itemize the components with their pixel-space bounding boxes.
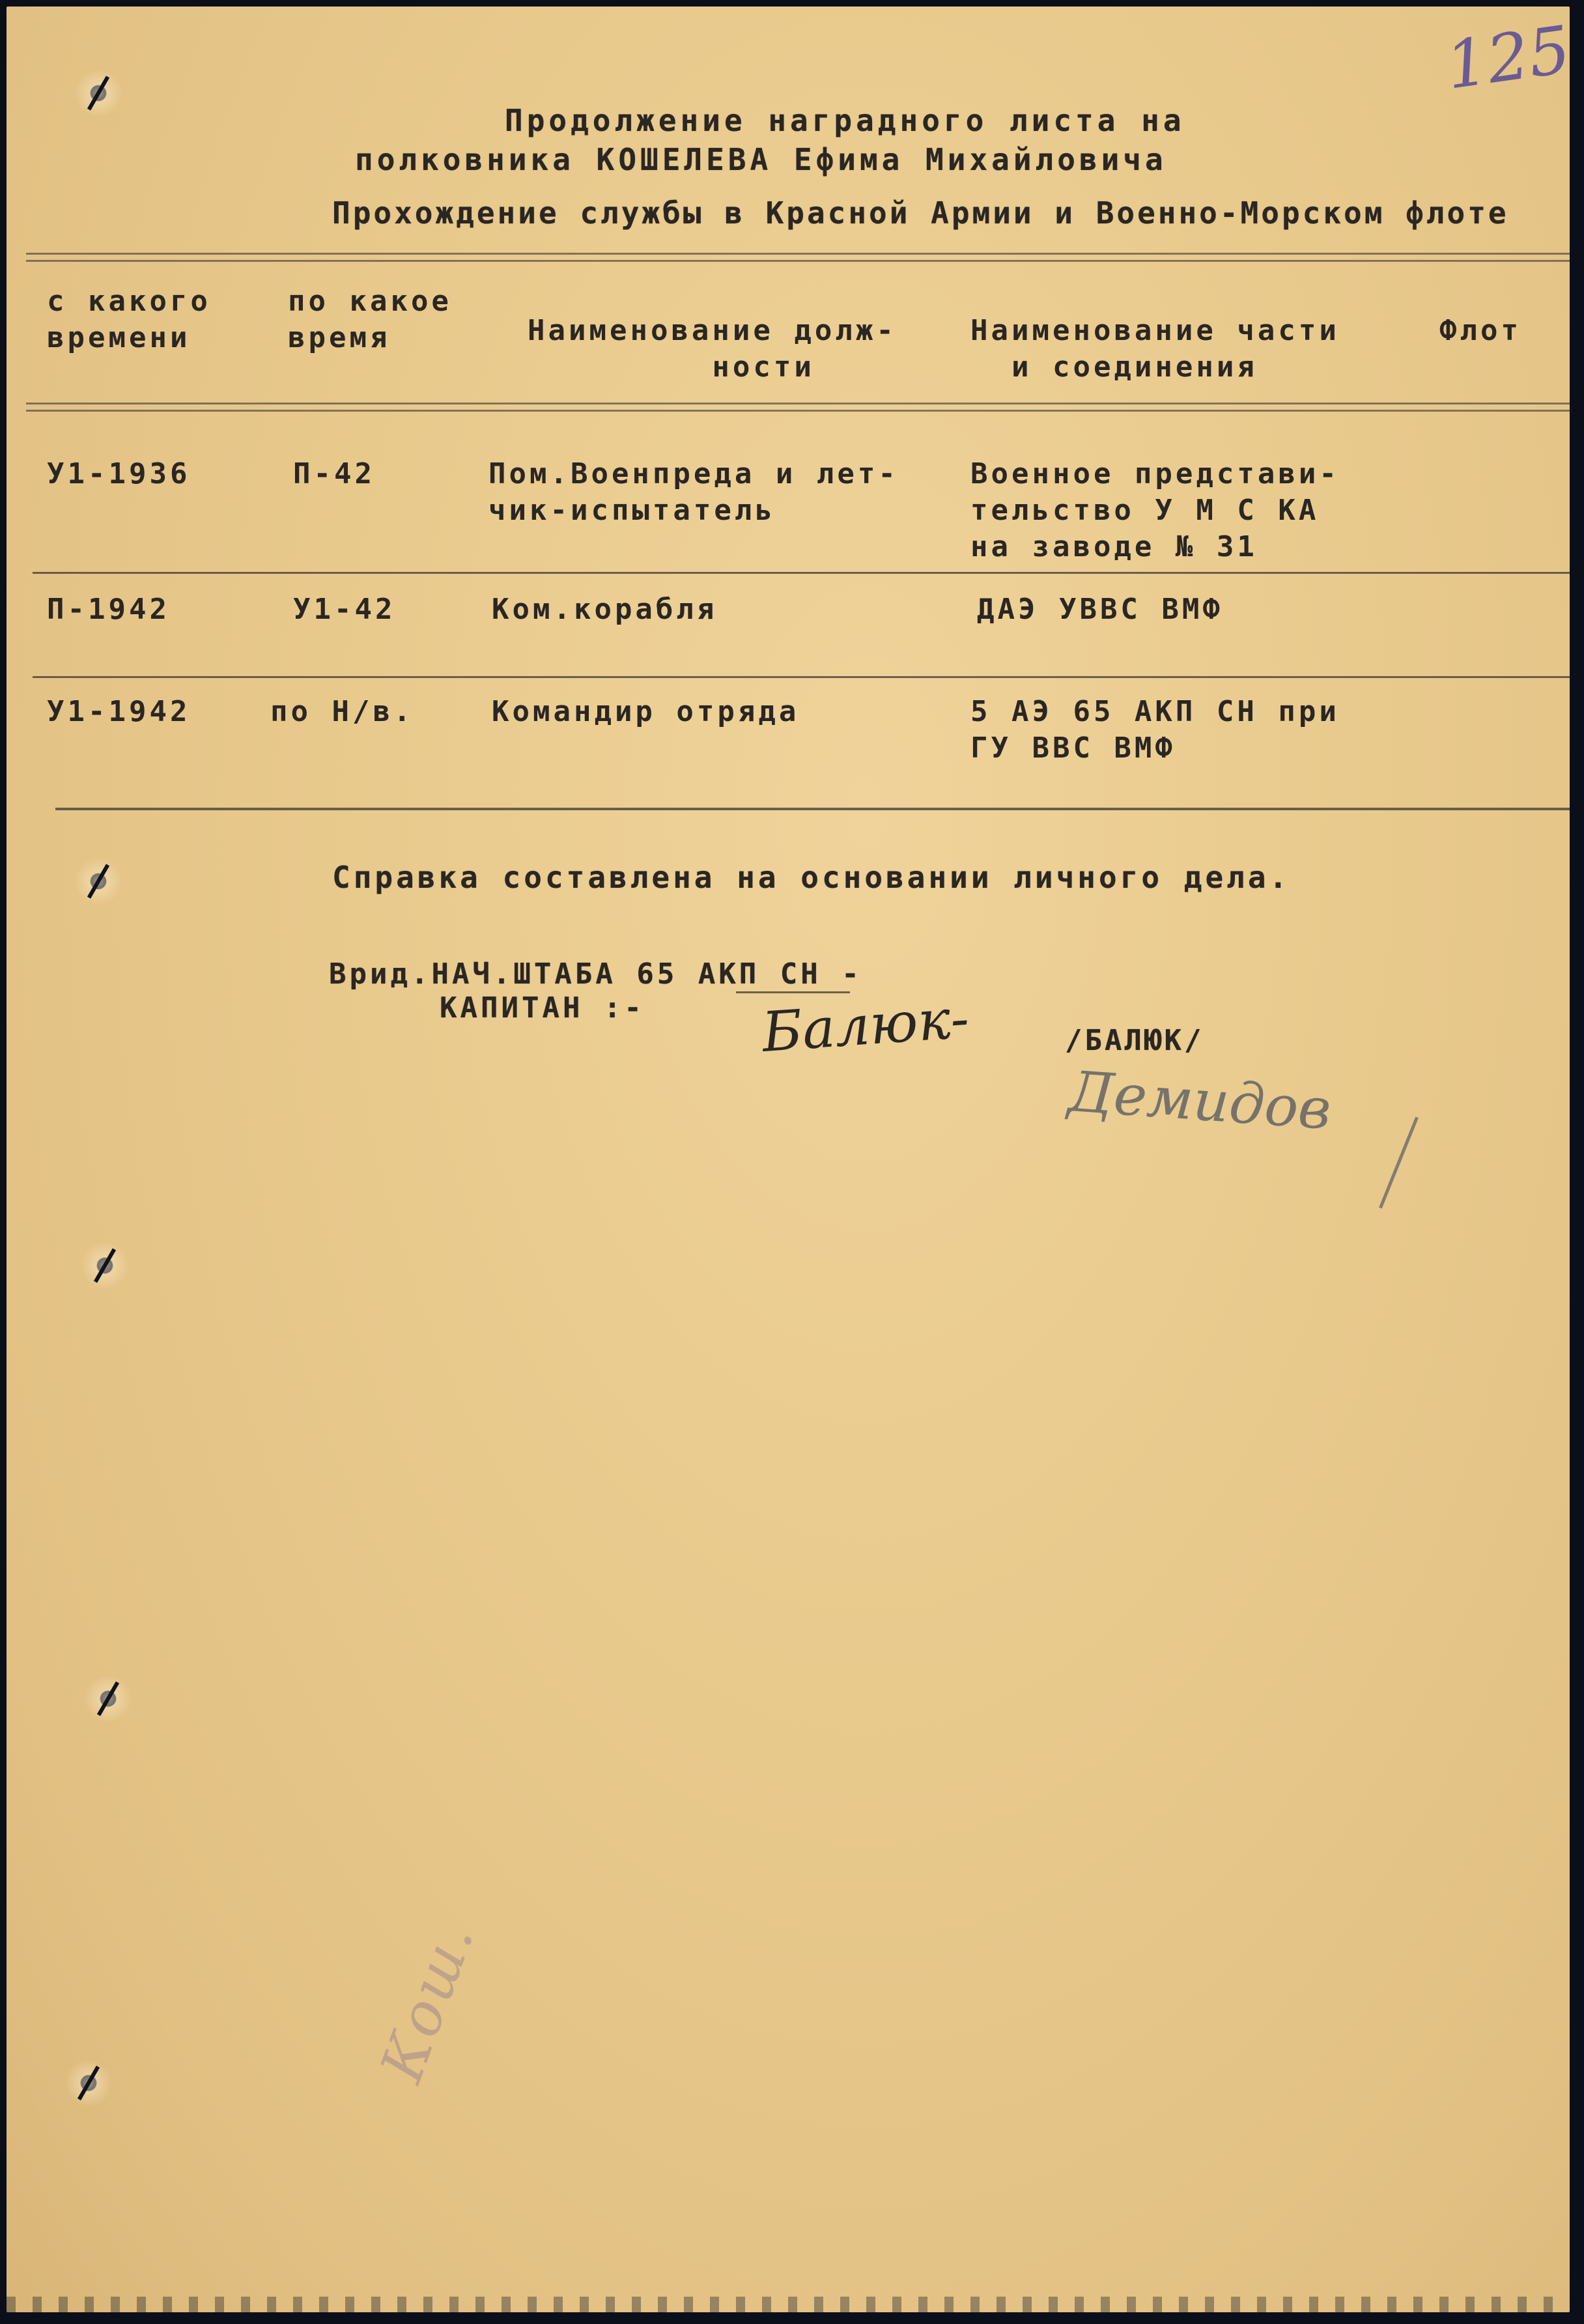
- handwritten-signature: Балюк-: [760, 986, 971, 1064]
- row-unit: ДАЭ УВВС ВМФ: [977, 591, 1223, 628]
- header-from-date: с какого времени: [47, 283, 211, 356]
- punch-hole-icon: [90, 1251, 120, 1281]
- row-to-date: по Н/в.: [270, 694, 414, 730]
- page-number: 125: [1441, 11, 1575, 104]
- document-title-line-1: Продолжение наградного листа на: [505, 103, 1185, 138]
- row-position: Пом.Военпреда и лет- чик-испытатель: [488, 456, 899, 529]
- row-to-date: У1-42: [293, 591, 395, 628]
- faded-pencil-mark: Кош.: [367, 1912, 488, 2090]
- row-from-date: П-1942: [47, 591, 170, 628]
- row-from-date: У1-1936: [47, 456, 190, 492]
- punch-hole-icon: [83, 78, 113, 108]
- document-title-line-2: полковника КОШЕЛЕВА Ефима Михайловича: [355, 142, 1167, 177]
- row-from-date: У1-1942: [47, 694, 190, 730]
- signatory-name: /БАЛЮК/: [1065, 1024, 1204, 1057]
- table-top-rule: [26, 253, 1570, 262]
- signature-underline: [736, 991, 850, 993]
- signatory-title-line-1: Врид.НАЧ.ШТАБА 65 АКП СН -: [329, 957, 862, 991]
- header-fleet: Флот: [1439, 313, 1521, 349]
- table-bottom-rule: [55, 808, 1570, 810]
- signatory-title-line-2: КАПИТАН :-: [440, 991, 645, 1025]
- row-divider: [33, 572, 1570, 574]
- row-unit: Военное представи- тельство У М С КА на …: [970, 456, 1340, 565]
- row-divider: [33, 676, 1570, 678]
- header-position: Наименование долж- ности: [528, 313, 897, 386]
- header-to-date: по какое время: [288, 283, 452, 356]
- row-unit: 5 АЭ 65 АКП СН при ГУ ВВС ВМФ: [970, 694, 1340, 767]
- row-position: Командир отряда: [492, 694, 799, 730]
- punch-hole-icon: [83, 866, 113, 896]
- row-position: Ком.корабля: [492, 591, 717, 628]
- table-header-rule: [26, 403, 1570, 412]
- reference-note: Справка составлена на основании личного …: [332, 860, 1290, 895]
- row-to-date: П-42: [293, 456, 375, 492]
- document-page: 125 Продолжение наградного листа на полк…: [7, 7, 1570, 2312]
- signature-flourish: [1379, 1117, 1419, 1209]
- section-heading: Прохождение службы в Красной Армии и Вое…: [332, 195, 1509, 231]
- header-unit: Наименование части и соединения: [970, 313, 1340, 386]
- punch-hole-icon: [93, 1684, 123, 1714]
- second-handwritten-signature: Демидов: [1066, 1059, 1333, 1142]
- punch-hole-icon: [74, 2068, 104, 2098]
